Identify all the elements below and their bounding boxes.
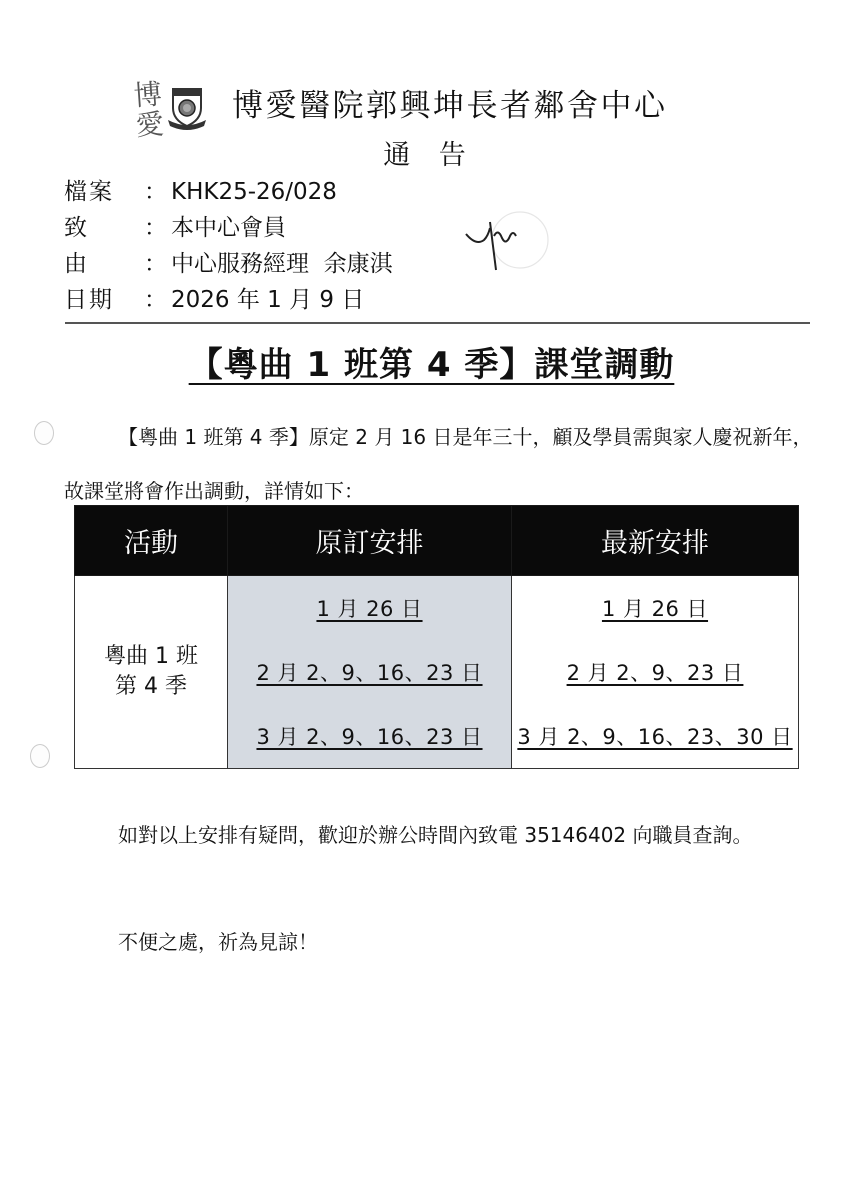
meta-date: 日期 ：2026 年 1 月 9 日 (64, 282, 393, 318)
meta-value: 本中心會員 (171, 215, 286, 241)
activity-season: 第 4 季 (75, 672, 227, 702)
original-date-jan: 1 月 26 日 (316, 593, 422, 623)
organization-name: 博愛醫院郭興坤長者鄰舍中心 (232, 84, 668, 128)
activity-cell: 粵曲 1 班 第 4 季 (75, 576, 228, 769)
original-schedule-cell: 1 月 26 日 2 月 2、9、16、23 日 3 月 2、9、16、23 日 (228, 576, 512, 769)
meta-label: 日期 (64, 282, 144, 318)
original-date-feb: 2 月 2、9、16、23 日 (256, 657, 482, 687)
updated-date-feb: 2 月 2、9、23 日 (567, 657, 744, 687)
updated-date-mar: 3 月 2、9、16、23、30 日 (517, 721, 792, 751)
original-date-mar: 3 月 2、9、16、23 日 (256, 721, 482, 751)
header-activity: 活動 (75, 506, 228, 576)
table-row: 粵曲 1 班 第 4 季 1 月 26 日 2 月 2、9、16、23 日 3 … (75, 576, 799, 769)
meta-value: KHK25-26/028 (171, 179, 337, 205)
intro-text: 【粵曲 1 班第 4 季】原定 2 月 16 日是年三十，顧及學員需與家人慶祝新… (64, 425, 812, 503)
table-header-row: 活動 原訂安排 最新安排 (75, 506, 799, 576)
document-meta: 檔案 ：KHK25-26/028 致 ：本中心會員 由 ：中心服務經理 余康淇 … (64, 174, 393, 318)
notice-heading: 【粵曲 1 班第 4 季】課堂調動 (0, 340, 849, 390)
contact-text: 如對以上安排有疑問，歡迎於辦公時間內致電 35146402 向職員查詢。 (118, 823, 753, 847)
meta-value: 中心服務經理 余康淇 (171, 251, 393, 277)
apology-paragraph: 不便之處，祈為見諒！ (118, 915, 318, 969)
header-original: 原訂安排 (228, 506, 512, 576)
contact-paragraph: 如對以上安排有疑問，歡迎於辦公時間內致電 35146402 向職員查詢。 (60, 808, 820, 862)
header-updated: 最新安排 (512, 506, 799, 576)
meta-recipient: 致 ：本中心會員 (64, 210, 393, 246)
meta-label: 由 (64, 246, 144, 282)
intro-paragraph: 【粵曲 1 班第 4 季】原定 2 月 16 日是年三十，顧及學員需與家人慶祝新… (64, 410, 814, 518)
meta-value: 2026 年 1 月 9 日 (171, 287, 364, 313)
meta-sender: 由 ：中心服務經理 余康淇 (64, 246, 393, 282)
notice-label: 通 告 (0, 136, 849, 176)
punch-hole-top (34, 421, 54, 445)
punch-hole-bottom (30, 744, 50, 768)
updated-schedule-cell: 1 月 26 日 2 月 2、9、23 日 3 月 2、9、16、23、30 日 (512, 576, 799, 769)
notice-heading-text: 【粵曲 1 班第 4 季】課堂調動 (175, 345, 675, 385)
meta-file-number: 檔案 ：KHK25-26/028 (64, 174, 393, 210)
meta-label: 致 (64, 210, 144, 246)
meta-label: 檔案 (64, 174, 144, 210)
divider-line (65, 322, 810, 324)
updated-date-jan: 1 月 26 日 (602, 593, 708, 623)
crest-logo-icon (166, 86, 208, 132)
signature-icon (458, 200, 568, 280)
activity-name: 粵曲 1 班 (75, 642, 227, 672)
schedule-table: 活動 原訂安排 最新安排 粵曲 1 班 第 4 季 1 月 26 日 2 月 2… (74, 505, 798, 768)
